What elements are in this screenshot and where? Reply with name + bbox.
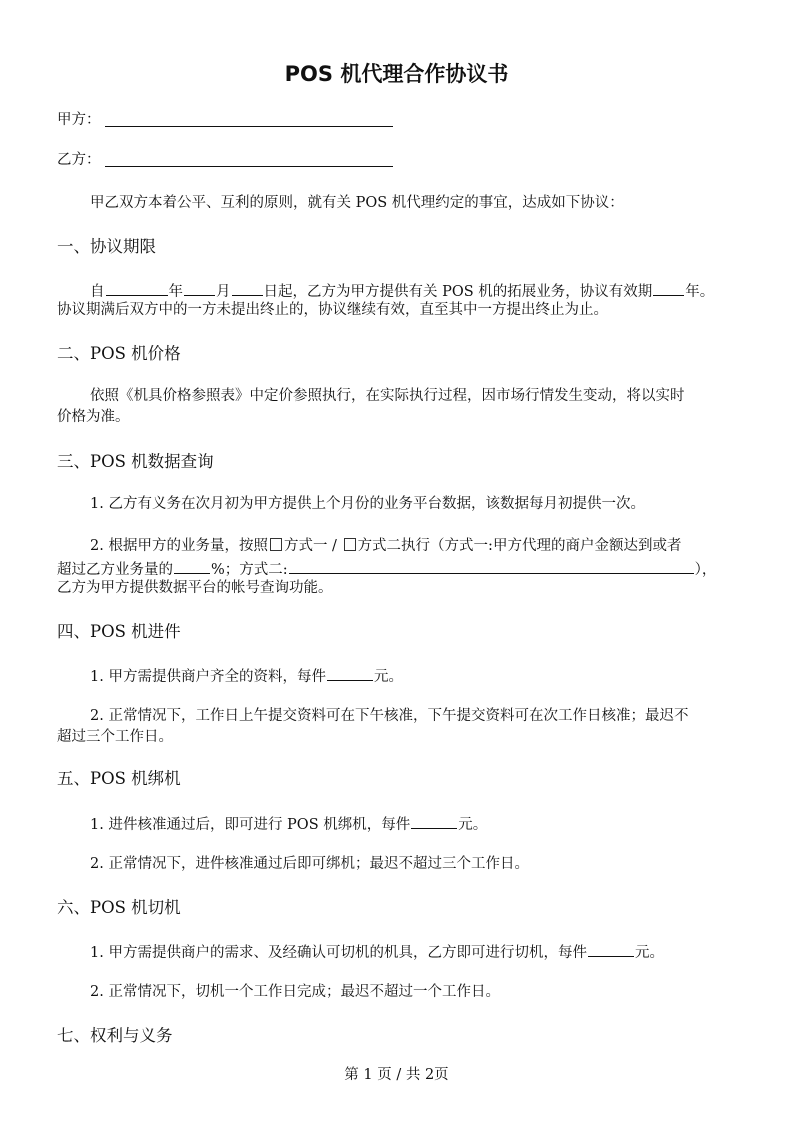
section-heading-binding: 五、POS 机绑机 xyxy=(57,768,181,790)
text: 元。 xyxy=(374,669,403,685)
party-b-field[interactable] xyxy=(105,166,393,167)
term-paragraph-line1: 自年月日起，乙方为甲方提供有关 POS 机的拓展业务，协议有效期年。 xyxy=(90,279,714,302)
document-title: POS 机代理合作协议书 xyxy=(0,58,793,88)
text: 年。 xyxy=(685,284,714,300)
section-heading-data-query: 三、POS 机数据查询 xyxy=(57,451,214,473)
section-heading-onboarding: 四、POS 机进件 xyxy=(57,621,181,643)
percentage-field[interactable] xyxy=(174,557,210,574)
text: 1. 进件核准通过后，即可进行 POS 机绑机，每件 xyxy=(90,817,410,833)
onboarding-item2-line2: 超过三个工作日。 xyxy=(57,727,173,747)
text: 方式二执行（方式一:甲方代理的商户金额达到或者 xyxy=(358,538,682,554)
text: 1. 甲方需提供商户的需求、及经确认可切机的机具，乙方即可进行切机，每件 xyxy=(90,945,587,961)
switching-item1: 1. 甲方需提供商户的需求、及经确认可切机的机具，乙方即可进行切机，每件元。 xyxy=(90,940,664,963)
switching-fee-field[interactable] xyxy=(588,940,634,957)
document-page: POS 机代理合作协议书 甲方： 乙方： 甲乙双方本着公平、互利的原则，就有关 … xyxy=(0,0,793,1122)
option-two-field[interactable] xyxy=(289,557,694,574)
section-heading-term: 一、协议期限 xyxy=(57,236,156,258)
text: %；方式二: xyxy=(211,562,288,578)
text: 方式一 / xyxy=(284,538,342,554)
validity-years-field[interactable] xyxy=(653,279,684,296)
section-heading-rights: 七、权利与义务 xyxy=(57,1025,173,1047)
section-heading-switching: 六、POS 机切机 xyxy=(57,897,181,919)
text: 2. 根据甲方的业务量，按照 xyxy=(90,538,268,554)
onboarding-item2-line1: 2. 正常情况下，工作日上午提交资料可在下午核准，下午提交资料可在次工作日核准；… xyxy=(90,706,688,726)
switching-item2: 2. 正常情况下，切机一个工作日完成；最迟不超过一个工作日。 xyxy=(90,982,500,1002)
page-footer: 第 1 页 / 共 2页 xyxy=(0,1063,793,1084)
text: 自 xyxy=(90,284,105,300)
data-query-item1: 1. 乙方有义务在次月初为甲方提供上个月份的业务平台数据，该数据每月初提供一次。 xyxy=(90,494,645,514)
party-b-label: 乙方： xyxy=(57,150,101,170)
data-query-item2-line2: 超过乙方业务量的%；方式二:）， xyxy=(57,557,716,580)
party-a-field[interactable] xyxy=(105,126,393,127)
text: 月 xyxy=(216,284,231,300)
term-paragraph-line2: 协议期满后双方中的一方未提出终止的，协议继续有效，直至其中一方提出终止为止。 xyxy=(57,300,608,320)
text: 元。 xyxy=(635,945,664,961)
text: ）， xyxy=(695,562,717,578)
binding-item1: 1. 进件核准通过后，即可进行 POS 机绑机，每件元。 xyxy=(90,812,487,835)
start-year-field[interactable] xyxy=(106,279,168,296)
option-one-checkbox[interactable] xyxy=(270,538,282,551)
party-a-label: 甲方： xyxy=(57,110,101,130)
start-month-field[interactable] xyxy=(184,279,215,296)
binding-item2: 2. 正常情况下，进件核准通过后即可绑机；最迟不超过三个工作日。 xyxy=(90,854,529,874)
section-heading-price: 二、POS 机价格 xyxy=(57,343,181,365)
text: 日起，乙方为甲方提供有关 POS 机的拓展业务，协议有效期 xyxy=(264,284,653,300)
text: 超过乙方业务量的 xyxy=(57,562,173,578)
onboarding-fee-field[interactable] xyxy=(327,664,373,681)
data-query-item2-line1: 2. 根据甲方的业务量，按照方式一 / 方式二执行（方式一:甲方代理的商户金额达… xyxy=(90,536,681,556)
text: 年 xyxy=(169,284,184,300)
intro-paragraph: 甲乙双方本着公平、互利的原则，就有关 POS 机代理约定的事宜，达成如下协议： xyxy=(90,193,624,213)
start-day-field[interactable] xyxy=(232,279,263,296)
price-paragraph-line2: 价格为准。 xyxy=(57,407,130,427)
option-two-checkbox[interactable] xyxy=(344,538,356,551)
text: 1. 甲方需提供商户齐全的资料，每件 xyxy=(90,669,326,685)
data-query-item2-line3: 乙方为甲方提供数据平台的帐号查询功能。 xyxy=(57,578,333,598)
price-paragraph-line1: 依照《机具价格参照表》中定价参照执行，在实际执行过程，因市场行情发生变动，将以实… xyxy=(90,386,685,406)
onboarding-item1: 1. 甲方需提供商户齐全的资料，每件元。 xyxy=(90,664,403,687)
binding-fee-field[interactable] xyxy=(411,812,457,829)
text: 元。 xyxy=(458,817,487,833)
